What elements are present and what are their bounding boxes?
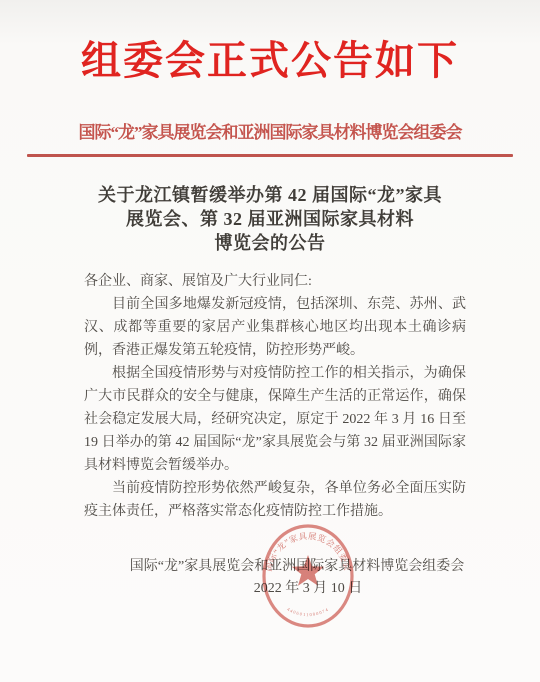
paragraph-3: 当前疫情防控形势依然严峻复杂，各单位务必全面压实防疫主体责任，严格落实常态化疫情… — [84, 477, 466, 523]
announcement-page: 组委会正式公告如下 国际“龙”家具展览会和亚洲国际家具材料博览会组委会 关于龙江… — [0, 0, 540, 682]
document-title-line-3: 博览会的公告 — [0, 231, 540, 255]
document-title: 关于龙江镇暂缓举办第 42 届国际“龙”家具 展览会、第 32 届亚洲国际家具材… — [0, 183, 540, 255]
headline-title: 组委会正式公告如下 — [0, 38, 540, 84]
paragraph-2: 根据全国疫情形势与对疫情防控工作的相关指示，为确保广大市民群众的安全与健康，保障… — [84, 362, 466, 477]
document-title-line-1: 关于龙江镇暂缓举办第 42 届国际“龙”家具 — [0, 183, 540, 207]
committee-seal: 国际“龙”家具展览会组委会 4406011080074 — [260, 522, 356, 630]
document-title-line-2: 展览会、第 32 届亚洲国际家具材料 — [0, 207, 540, 231]
document-body: 各企业、商家、展馆及广大行业同仁: 目前全国多地爆发新冠疫情，包括深圳、东莞、苏… — [84, 270, 466, 523]
seal-code: 4406011080074 — [286, 607, 330, 618]
paragraph-1: 目前全国多地爆发新冠疫情，包括深圳、东莞、苏州、武汉、成都等重要的家居产业集群核… — [84, 293, 466, 362]
salutation: 各企业、商家、展馆及广大行业同仁: — [84, 270, 466, 293]
letterhead-org-name: 国际“龙”家具展览会和亚洲国际家具材料博览会组委会 — [0, 118, 540, 148]
letterhead-divider — [27, 154, 513, 157]
seal-star-icon — [292, 555, 324, 586]
